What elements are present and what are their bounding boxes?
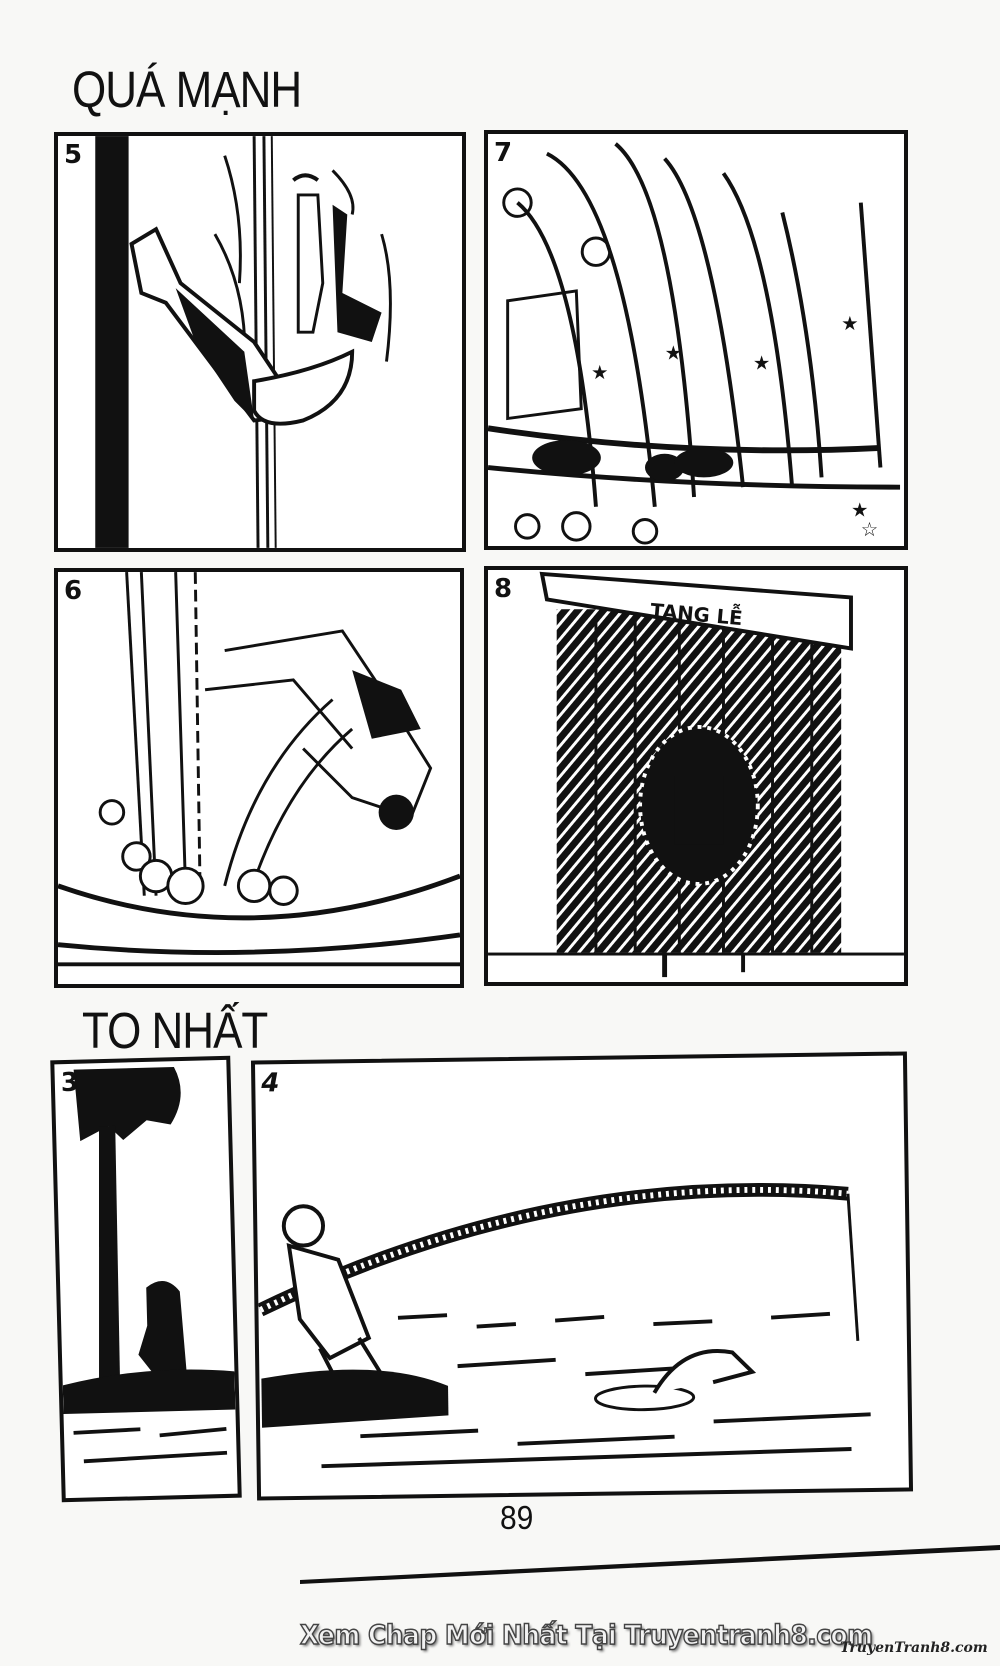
watermark-banner-text[interactable]: Xem Chap Mới Nhất Tại Truyentranh8.com xyxy=(300,1620,873,1651)
fishing-pole-illustration xyxy=(255,1055,909,1496)
comic-panel-6: 6 xyxy=(54,568,464,988)
panel-number: 3 xyxy=(60,1068,79,1098)
explosion-debris-illustration: ★ ★ ★ ★ ★ ☆ xyxy=(488,134,904,546)
section-title-to-nhat: TO NHẤT xyxy=(82,1003,267,1061)
svg-text:★: ★ xyxy=(665,343,683,365)
comic-panel-3: 3 xyxy=(50,1056,242,1503)
comic-panel-4: 4 xyxy=(251,1051,913,1500)
panel-number: 7 xyxy=(494,138,512,168)
panel-number: 6 xyxy=(64,576,82,606)
svg-text:★: ★ xyxy=(753,352,771,374)
comic-panel-8: 8 TANG LỄ xyxy=(484,566,908,986)
funeral-curtain-illustration: TANG LỄ xyxy=(488,570,904,982)
svg-text:★: ★ xyxy=(591,362,609,384)
comic-panel-5: 5 xyxy=(54,132,466,552)
page-divider-line xyxy=(300,1540,1000,1590)
page-number: 89 xyxy=(500,1500,533,1537)
site-logo: TruyenTranh8.com xyxy=(840,1640,988,1656)
panel-number: 5 xyxy=(64,140,82,170)
crashing-man-illustration xyxy=(58,572,460,984)
falling-man-illustration xyxy=(58,136,462,548)
panel-number: 8 xyxy=(494,574,512,604)
section-title-qua-manh: QUÁ MẠNH xyxy=(72,62,301,120)
comic-panel-7: 7 ★ ★ ★ ★ ★ ☆ xyxy=(484,130,908,550)
panel-number: 4 xyxy=(261,1068,280,1098)
svg-text:★: ★ xyxy=(841,313,859,335)
svg-text:☆: ☆ xyxy=(861,519,879,541)
palm-tree-silhouette-illustration xyxy=(54,1060,237,1498)
